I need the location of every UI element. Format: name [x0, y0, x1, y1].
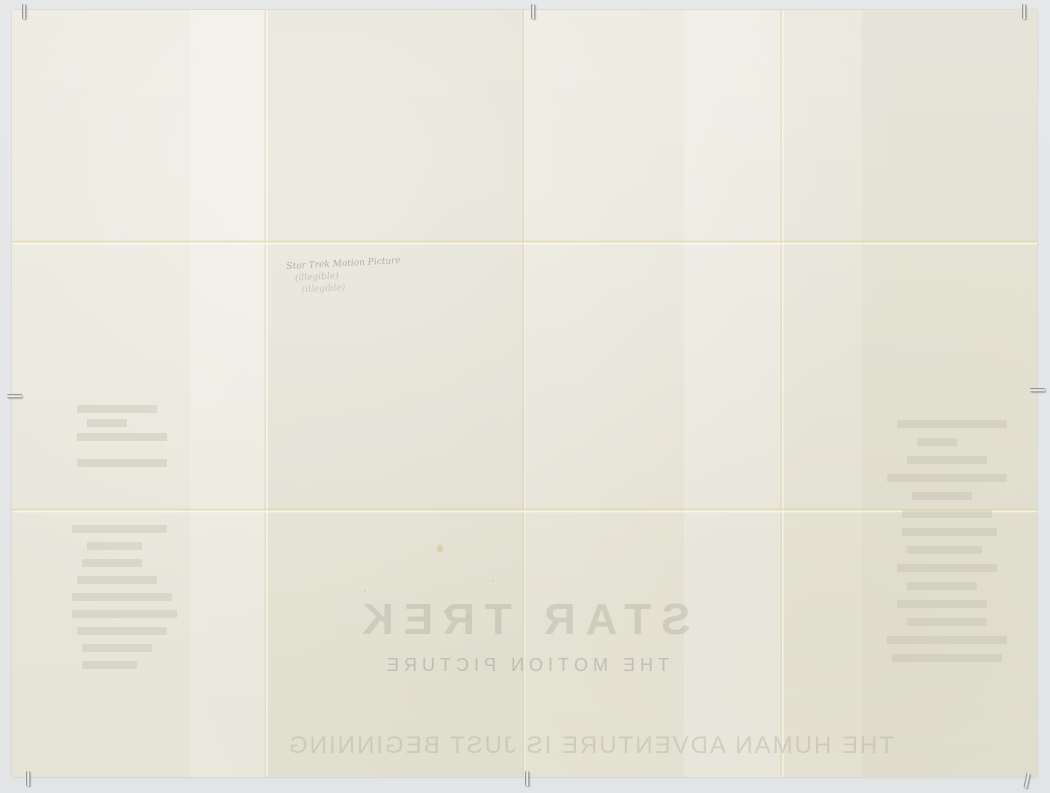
pin-icon: [7, 394, 22, 398]
vertical-fold: [264, 10, 268, 777]
horizontal-fold: [12, 240, 1037, 245]
showthrough-credits-right: [877, 420, 1007, 662]
showthrough-credits-left: [67, 405, 177, 467]
pin-icon: [531, 4, 535, 19]
showthrough-tagline: THE HUMAN ADVENTURE IS JUST BEGINNING: [287, 732, 894, 760]
pin-icon: [1022, 4, 1026, 19]
showthrough-credits-left-lower: [62, 525, 182, 669]
vertical-fold: [780, 10, 784, 777]
pin-icon: [26, 771, 30, 786]
stain: [492, 580, 494, 582]
pin-icon: [22, 4, 26, 19]
panel-shade: [684, 10, 784, 777]
panel-shade: [190, 10, 268, 777]
stain: [444, 610, 447, 613]
pencil-annotation: Star Trek Motion Picture (illegible) (il…: [286, 255, 402, 297]
showthrough-title: STAR TREK: [352, 595, 691, 645]
poster-back: Star Trek Motion Picture (illegible) (il…: [12, 10, 1037, 777]
pin-icon: [1030, 388, 1045, 392]
stain: [364, 590, 366, 592]
stain: [467, 615, 469, 618]
stain: [437, 545, 443, 552]
showthrough-subtitle: THE MOTION PICTURE: [382, 655, 669, 676]
pin-icon: [525, 771, 529, 786]
